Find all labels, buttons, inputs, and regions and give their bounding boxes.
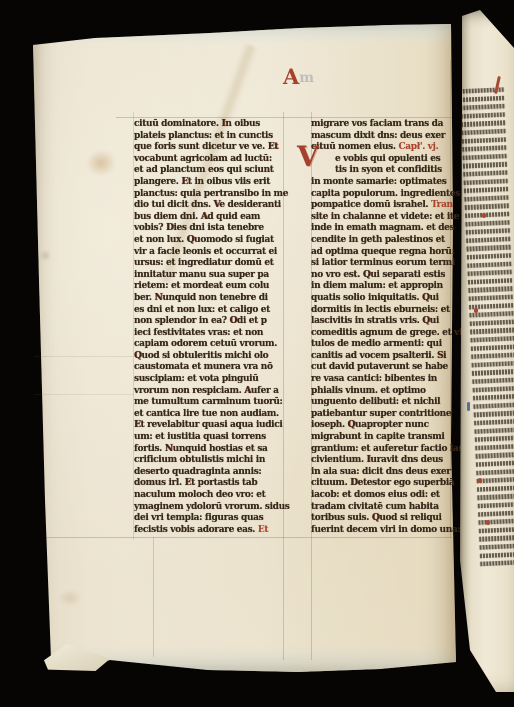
text-line: capita populorum. ingredientes [311,189,452,201]
text-line: caustomata et munera vra nō [134,362,284,374]
text-line: cendite in geth palestinos et [311,235,452,247]
text-line: dormitis in lectis eburneis: et [311,305,452,317]
text-line: fuerint decem viri in domo una: [311,525,452,537]
text-line: pompatice domū israhel. Tran [311,200,452,212]
text-line: dio tui dicit dns. Ve desideranti [134,200,284,212]
text-line: migrare vos faciam trans da [311,119,452,131]
text-line: canitis ad vocem psalterii. Si [311,351,452,363]
text-line: ad optima queque regna horū: [311,247,452,259]
text-line: fortis. Nunquid hostias et sa [134,444,284,456]
ruling-line [34,394,134,395]
text-line: e vobis qui opulenti es [311,154,452,166]
text-line: ymaginem ydolorū vrorum. sidus [134,502,284,514]
text-line: et ad planctum eos qui sciunt [134,165,284,177]
text-line: site in chalanne et videte: et ite [311,212,452,224]
text-line: comeditis agnum de grege. et vi [311,328,452,340]
text-line: domus irl. Et portastis tab [134,478,284,490]
text-line: et cantica lire tue non audiam. [134,409,284,421]
text-line: cituū nomen eius. Capł'. vj. [311,142,452,154]
text-line: grantium: et auferetur factio las [311,444,452,456]
text-line: ioseph. Quapropter nunc [311,420,452,432]
text-column-left: cituū dominatore. In oibusplateis planct… [134,119,284,536]
text-line: et non lux. Quomodo si fugiat [134,235,284,247]
text-line: Et revelabitur quasi aqua iudici [134,420,284,432]
text-line: unguento delibuti: et nichil [311,397,452,409]
text-line: tulos de medio armenti: qui [311,339,452,351]
text-line: phialis vinum. et optimo [311,386,452,398]
text-line: fecistis vobis adorare eas. Et [134,525,284,537]
text-line: vrorum non respiciam. Aufer a [134,386,284,398]
running-title-letter-red: A [283,64,299,89]
text-line: naculum moloch deo vro: et [134,490,284,502]
text-line: bus diem dni. Ad quid eam [134,212,284,224]
adjacent-page-shading [456,8,514,700]
text-line: in diem malum: et appropin [311,281,452,293]
text-line: um: et iustitia quasi torrens [134,432,284,444]
running-title-letter-faded: m [299,70,314,86]
text-line: re vasa cantici: bibentes in [311,374,452,386]
ruling-line [153,537,154,657]
text-line: cituum. Detestor ego superbiā [311,478,452,490]
text-line: suscipiam: et vota pinguiū [134,374,284,386]
text-line: Quod si obtuleritis michi olo [134,351,284,363]
text-line: deserto quadraginta annis: [134,467,284,479]
text-line: vocabunt agricolam ad luctū: [134,154,284,166]
ruling-line [46,537,452,538]
text-line: es dni et non lux: et caligo et [134,305,284,317]
photo-backdrop: Am cituū dominatore. In oibusplateis pla… [0,0,514,707]
text-line: in aia sua: dicit dns deus exer [311,467,452,479]
text-line: que foris sunt dicetur ve ve. Et [134,142,284,154]
adjacent-page-edge [456,8,514,700]
text-line: plangere. Et in oibus viis erit [134,177,284,189]
text-line: planctus: quia pertransibo in me [134,189,284,201]
text-line: ursus: et ingrediatur domū et [134,258,284,270]
text-line: ber. Nunquid non tenebre di [134,293,284,305]
text-line: iacob: et domos eius odi: et [311,490,452,502]
text-line: crificium obtulistis michi in [134,455,284,467]
text-line: plateis planctus: et in cunctis [134,131,284,143]
text-line: in monte samarie: optimates [311,177,452,189]
ruling-line [34,356,134,357]
text-line: dei vri templa: figuras quas [134,513,284,525]
text-line: lascivitis in stratis vris. Qui [311,316,452,328]
text-line: inde in emath magnam. et des [311,223,452,235]
text-line: innitatur manu sua super pa [134,270,284,282]
text-line: tradam civitatē cum habita [311,502,452,514]
text-line: ieci festivitates vras: et non [134,328,284,340]
text-line: civientium. Iuravit dns deus [311,455,452,467]
text-line: vir a facie leonis et occurrat ei [134,247,284,259]
chapter-initial: V [297,143,319,171]
text-line: quatis solio iniquitatis. Qui [311,293,452,305]
text-line: toribus suis. Quod si reliqui [311,513,452,525]
text-line: si latior terminus eorum termi [311,258,452,270]
text-line: tis in syon et confiditis [311,165,452,177]
text-line: no vro est. Qui separati estis [311,270,452,282]
text-line: capiam odorem cetuū vrorum. [134,339,284,351]
text-line: cut david putaverunt se habe [311,362,452,374]
text-line: cituū dominatore. In oibus [134,119,284,131]
ruling-line [116,117,452,118]
text-line: patiebantur super contritione [311,409,452,421]
text-line: non splendor in ea? Odi et p [134,316,284,328]
text-line: vobis? Dies dni ista tenebre [134,223,284,235]
text-line: migrabunt in capite transmi [311,432,452,444]
text-line: rietem: et mordeat eum colu [134,281,284,293]
text-column-right: migrare vos faciam trans damascum dixit … [311,119,452,536]
text-line: me tumultum carminum tuorū: [134,397,284,409]
running-title: Am [283,64,314,89]
text-line: mascum dixit dns: deus exer [311,131,452,143]
